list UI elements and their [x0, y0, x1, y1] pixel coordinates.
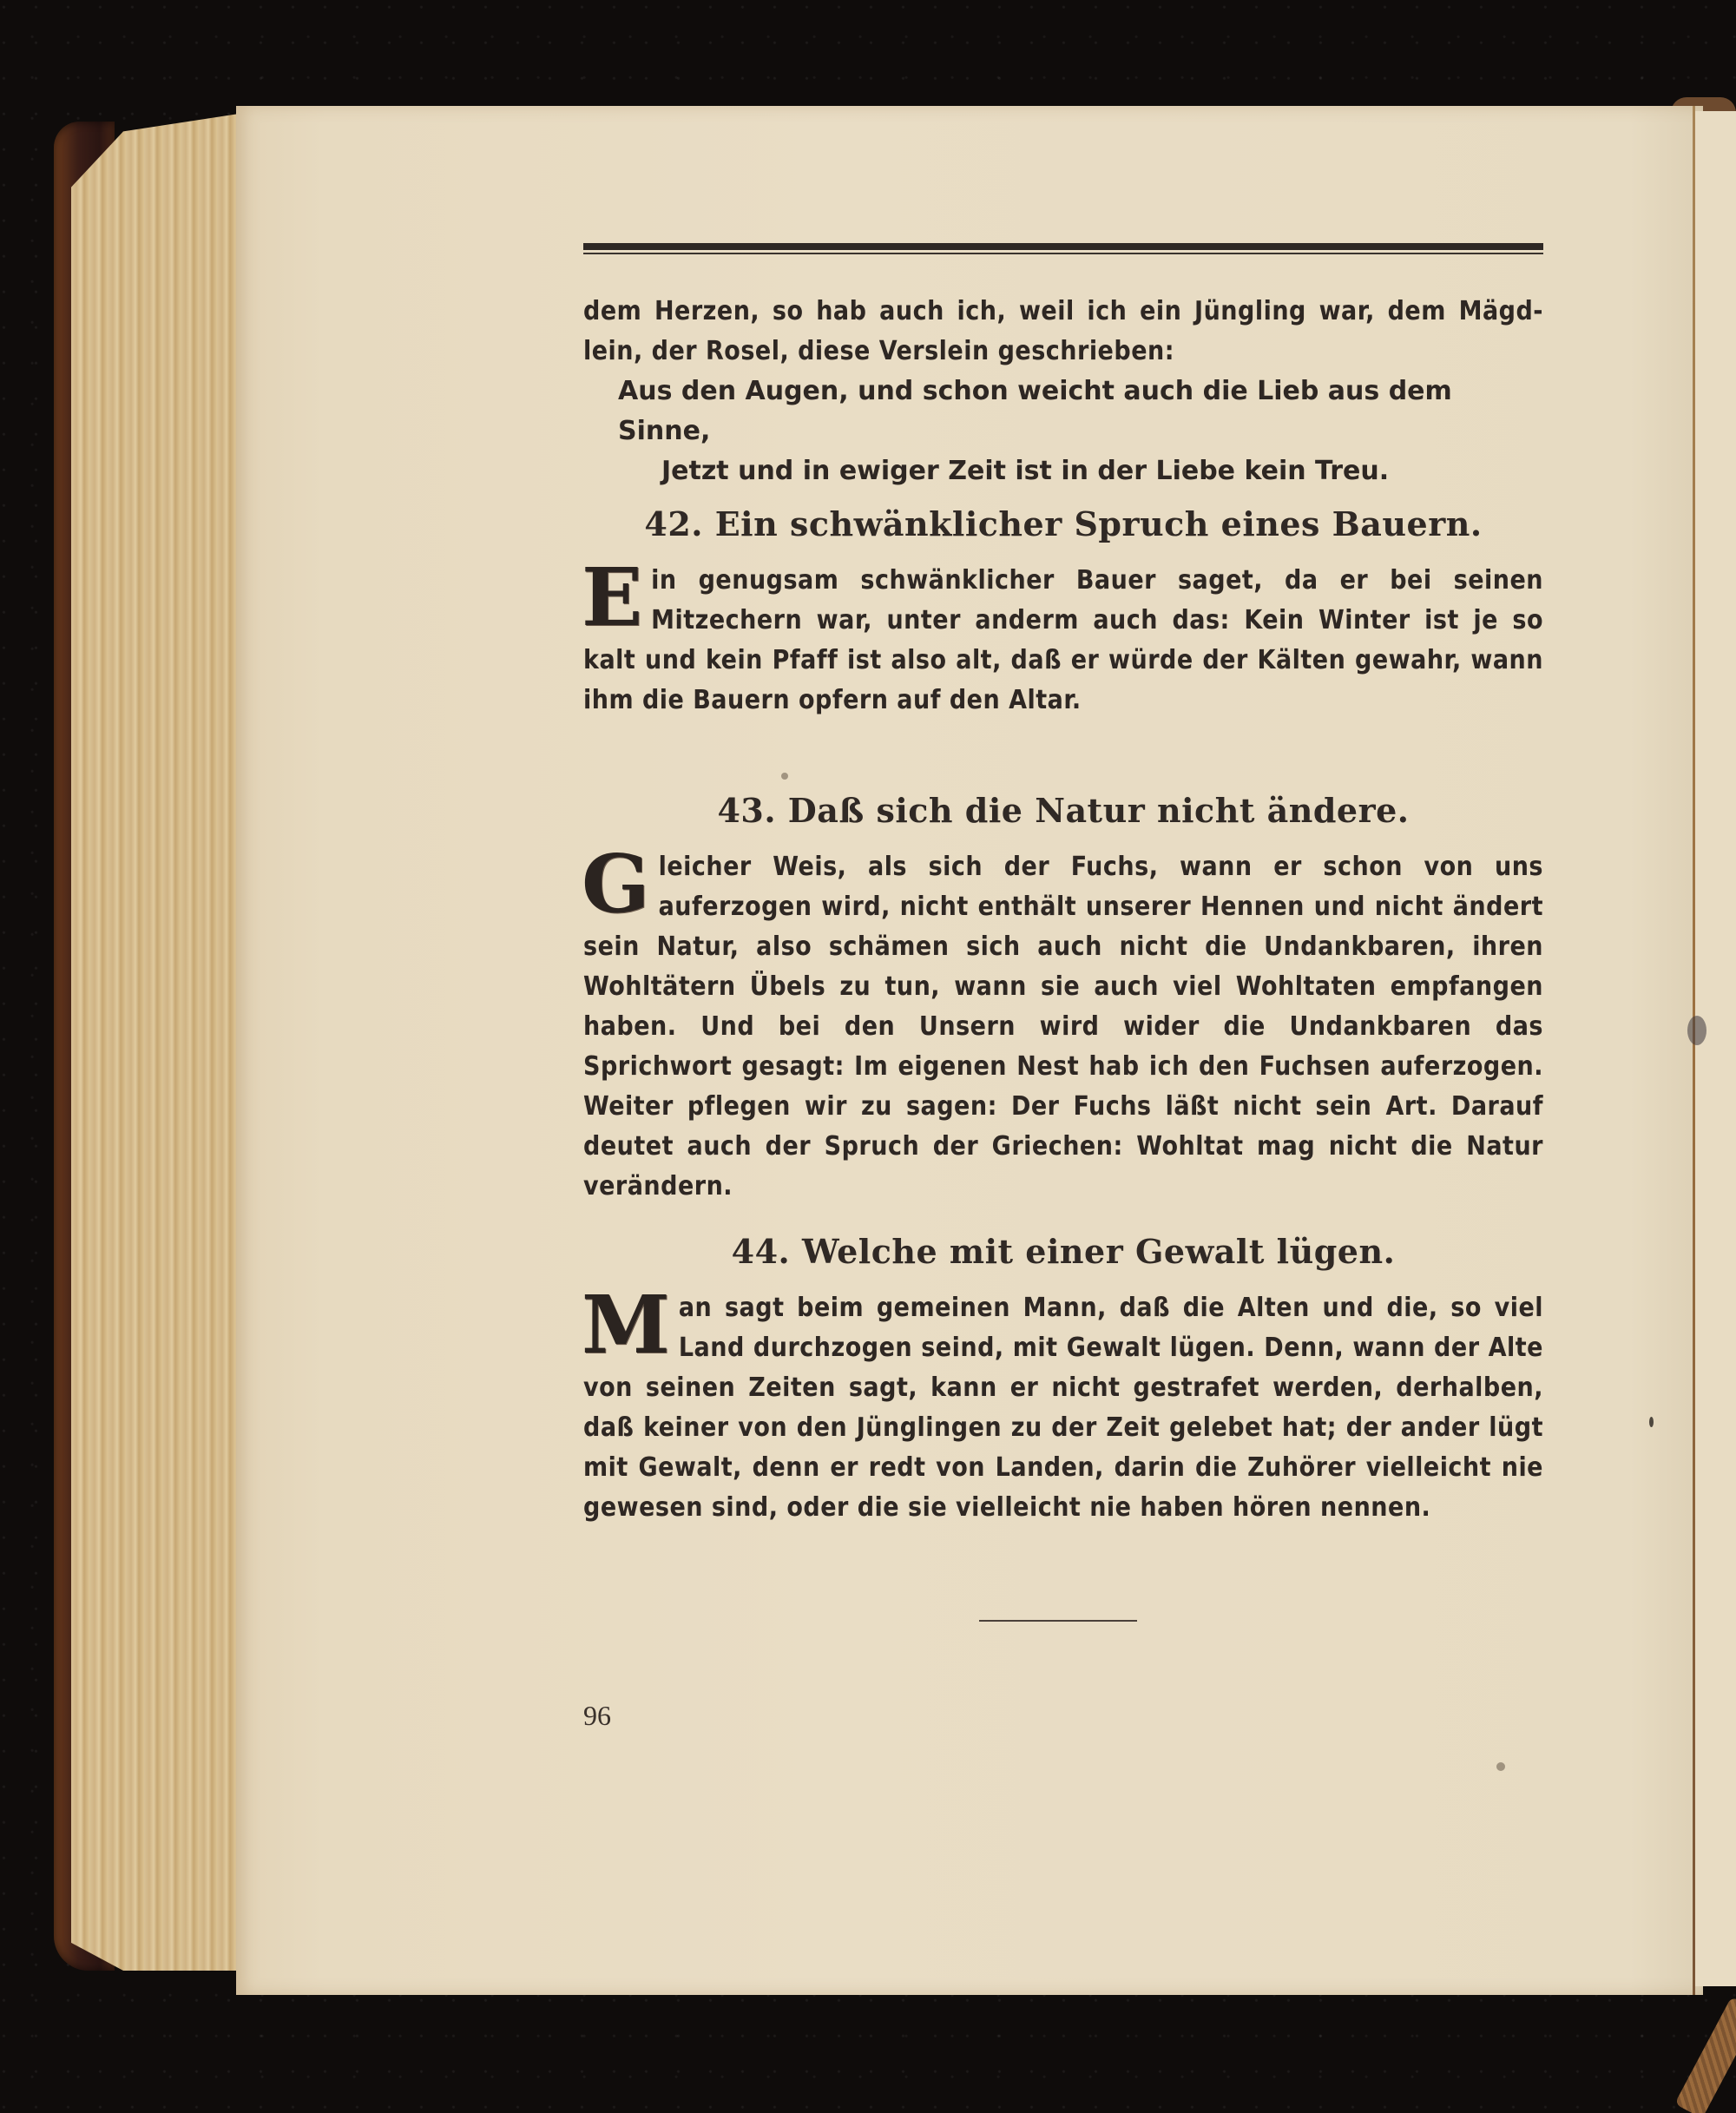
paragraph: an sagt beim gemeinen Mann, daß die Alte… [583, 1288, 1543, 1528]
foxing-spot [1649, 1417, 1654, 1427]
verse-line: Aus den Augen, und schon weicht auch die… [583, 372, 1543, 451]
page-edges-stack [71, 113, 245, 1971]
paragraph: in genugsam schwänklicher Bauer saget, d… [583, 561, 1543, 721]
next-page-edge [1695, 111, 1736, 1986]
drop-cap: M [582, 1290, 670, 1363]
paragraph: leicher Weis, als sich der Fuchs, wann e… [583, 847, 1543, 1207]
section-title: 43. Daß sich die Natur nicht ändere. [583, 787, 1543, 835]
continuation-paragraph: dem Herzen, so hab auch ich, weil ich ei… [583, 292, 1543, 372]
foxing-spot [1687, 1016, 1706, 1045]
foxing-spot [1496, 1762, 1505, 1771]
section-title: 42. Ein schwänklicher Spruch eines Bauer… [583, 500, 1543, 549]
drop-cap: E [582, 563, 642, 635]
section-42: 42. Ein schwänklicher Spruch eines Bauer… [583, 500, 1543, 721]
verse-line: Jetzt und in ewiger Zeit ist in der Lieb… [583, 451, 1543, 491]
section-title: 44. Welche mit einer Gewalt lügen. [583, 1228, 1543, 1276]
drop-cap: G [582, 849, 650, 922]
section-body: G leicher Weis, als sich der Fuchs, wann… [583, 847, 1543, 1207]
section-44: 44. Welche mit einer Gewalt lügen. M an … [583, 1228, 1543, 1528]
header-rule-thick [583, 243, 1543, 250]
section-body: E in genugsam schwänklicher Bauer saget,… [583, 561, 1543, 721]
header-rule-thin [583, 253, 1543, 254]
verse: Aus den Augen, und schon weicht auch die… [583, 372, 1543, 491]
foxing-spot [781, 773, 788, 780]
page-number: 96 [583, 1700, 611, 1732]
section-43: 43. Daß sich die Natur nicht ändere. G l… [583, 787, 1543, 1207]
header-rule [583, 243, 1543, 254]
text-line: dem Herzen, so hab auch ich, weil ich ei… [583, 292, 1543, 332]
text-line: lein, der Rosel, diese Verslein geschrie… [583, 332, 1543, 372]
section-body: M an sagt beim gemeinen Mann, daß die Al… [583, 1288, 1543, 1528]
end-rule [979, 1620, 1137, 1622]
